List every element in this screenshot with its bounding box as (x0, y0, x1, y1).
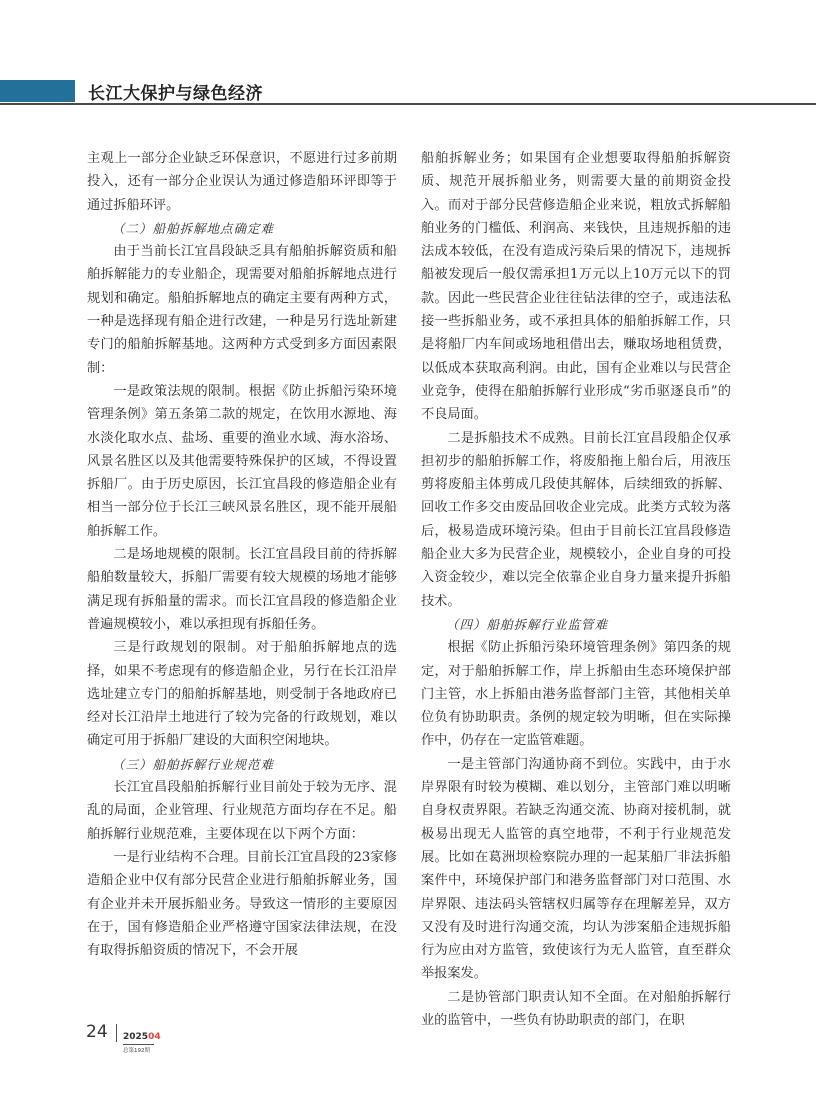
header-accent-bar (0, 80, 75, 102)
paragraph: 船舶拆解业务；如果国有企业想要取得船舶拆解资质、规范开展拆船业务，则需要大量的前… (421, 147, 731, 427)
subheading: （四）船舶拆解行业监管难 (421, 613, 731, 636)
paragraph: 一是主管部门沟通协商不到位。实践中，由于水岸界限有时较为模糊、难以划分，主管部门… (421, 753, 731, 986)
header-divider (0, 103, 816, 105)
paragraph: 长江宜昌段船舶拆解行业目前处于较为无序、混乱的局面，企业管理、行业规范方面均存在… (87, 776, 397, 846)
subheading: （二）船舶拆解地点确定难 (87, 217, 397, 240)
paragraph: 二是协管部门职责认知不全面。在对船舶拆解行业的监管中，一些负有协助职责的部门，在… (421, 986, 731, 1033)
paragraph: 二是拆船技术不成熟。目前长江宜昌段船企仅承担初步的船舶拆解工作，将废船拖上船台后… (421, 427, 731, 613)
paragraph: 主观上一部分企业缺乏环保意识，不愿进行过多前期投入，还有一部分企业误认为通过修造… (87, 147, 397, 217)
total-issue: 总第192期 (123, 1044, 154, 1054)
right-column: 船舶拆解业务；如果国有企业想要取得船舶拆解资质、规范开展拆船业务，则需要大量的前… (421, 147, 731, 1032)
paragraph: 一是政策法规的限制。根据《防止拆船污染环境管理条例》第五条第二款的规定，在饮用水… (87, 380, 397, 543)
paragraph: 一是行业结构不合理。目前长江宜昌段的23家修造船企业中仅有部分民营企业进行船舶拆… (87, 846, 397, 962)
paragraph: 三是行政规划的限制。对于船舶拆解地点的选择，如果不考虑现有的修造船企业，另行在长… (87, 636, 397, 752)
left-column: 主观上一部分企业缺乏环保意识，不愿进行过多前期投入，还有一部分企业误认为通过修造… (87, 147, 397, 962)
issue-year: 2025 (123, 1032, 148, 1042)
paragraph: 根据《防止拆船污染环境管理条例》第四条的规定，对于船舶拆解工作，岸上拆船由生态环… (421, 636, 731, 752)
page-number: 24 (86, 1022, 108, 1042)
issue-info: 202504 总第192期 (123, 1024, 161, 1054)
issue-month: 04 (148, 1032, 161, 1042)
paragraph: 二是场地规模的限制。长江宜昌段目前的待拆解船舶数量较大，拆船厂需要有较大规模的场… (87, 543, 397, 636)
paragraph: 由于当前长江宜昌段缺乏具有船舶拆解资质和船舶拆解能力的专业船企，现需要对船舶拆解… (87, 240, 397, 380)
subheading: （三）船舶拆解行业规范难 (87, 753, 397, 776)
footer-separator (116, 1024, 117, 1042)
section-title: 长江大保护与绿色经济 (88, 79, 263, 104)
